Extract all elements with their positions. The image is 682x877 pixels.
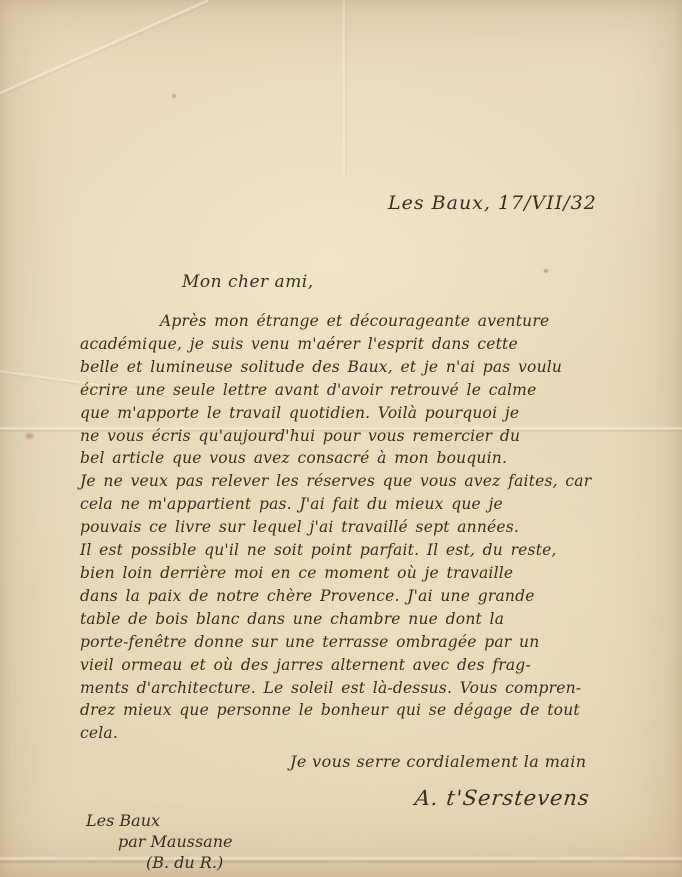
letter-body-line: drez mieux que personne le bonheur qui s…: [80, 699, 632, 722]
letter-body: Après mon étrange et décourageante avent…: [80, 310, 632, 745]
letter-body-line: bel article que vous avez consacré à mon…: [80, 447, 632, 470]
letter-body-line: que m'apporte le travail quotidien. Voil…: [80, 402, 632, 425]
letter-body-line: vieil ormeau et où des jarres alternent …: [80, 654, 632, 677]
signature: A. t'Serstevens: [414, 786, 591, 810]
letter-body-line: table de bois blanc dans une chambre nue…: [80, 608, 632, 631]
paper-stain-left-edge: [24, 432, 35, 440]
salutation: Mon cher ami,: [182, 272, 314, 292]
letter-body-line: académique, je suis venu m'aérer l'espri…: [80, 333, 632, 356]
paper-speck-top-left: [171, 93, 177, 99]
letter-body-line: Il est possible qu'il ne soit point parf…: [80, 539, 632, 562]
letter-body-line: pouvais ce livre sur lequel j'ai travail…: [80, 516, 632, 539]
letter-body-line: cela ne m'appartient pas. J'ai fait du m…: [80, 493, 632, 516]
letter-body-line: dans la paix de notre chère Provence. J'…: [80, 585, 632, 608]
letter-body-line: cela.: [80, 722, 632, 745]
paper-speck-right: [543, 268, 549, 274]
closing-line: Je vous serre cordialement la main: [290, 752, 586, 771]
letter-body-line: écrire une seule lettre avant d'avoir re…: [80, 379, 632, 402]
letter-page: Les Baux, 17/VII/32 Mon cher ami, Après …: [0, 0, 682, 877]
letter-body-line: ments d'architecture. Le soleil est là-d…: [80, 677, 632, 700]
sender-address-line: par Maussane: [86, 831, 232, 852]
fold-crease-vertical-top: [342, 0, 347, 175]
fold-crease-diagonal-top-left: [0, 0, 210, 110]
letter-body-line: belle et lumineuse solitude des Baux, et…: [80, 356, 632, 379]
sender-address: Les Bauxpar Maussane(B. du R.): [86, 810, 232, 873]
sender-address-line: Les Baux: [86, 810, 232, 831]
letter-body-line: porte-fenêtre donne sur une terrasse omb…: [80, 631, 632, 654]
letter-body-line: Après mon étrange et décourageante avent…: [80, 310, 632, 333]
date-line: Les Baux, 17/VII/32: [388, 192, 597, 214]
letter-body-line: ne vous écris qu'aujourd'hui pour vous r…: [80, 425, 632, 448]
letter-body-line: bien loin derrière moi en ce moment où j…: [80, 562, 632, 585]
letter-body-line: Je ne veux pas relever les réserves que …: [80, 470, 632, 493]
sender-address-line: (B. du R.): [86, 852, 232, 873]
